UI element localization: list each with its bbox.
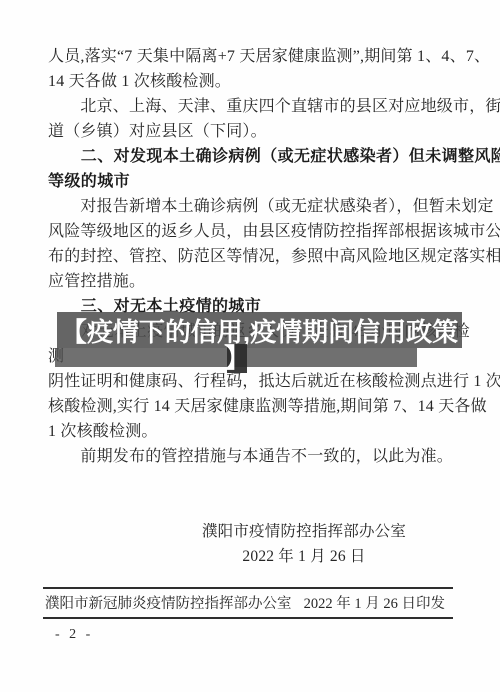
text-line: 对报告新增本土确诊病例（或无症状感染者），但暂未划定 <box>48 194 472 219</box>
footer-rule-top <box>43 587 453 589</box>
heading-line: 等级的城市 <box>48 169 472 194</box>
footer-rule-bottom <box>43 617 453 619</box>
watermark-caption-band: 【疫情下的信用,疫情期间信用政策 <box>57 312 462 348</box>
text-line: 阴性证明和健康码、行程码，抵达后就近在核酸检测点进行 1 次 <box>48 369 472 394</box>
text-line: 布的封控、管控、防范区等情况，参照中高风险地区规定落实相 <box>48 244 472 269</box>
watermark-caption-text: 【疫情下的信用,疫情期间信用政策 <box>61 312 458 349</box>
text-line: 应管控措施。 <box>48 269 472 294</box>
heading-line: 二、对发现本土确诊病例（或无症状感染者）但未调整风险 <box>48 144 472 169</box>
text-line: 14 天各做 1 次核酸检测。 <box>48 69 472 94</box>
signature-org: 濮阳市疫情防控指挥部办公室 <box>92 519 500 544</box>
text-line: 北京、上海、天津、重庆四个直辖市的县区对应地级市，街 <box>48 94 472 119</box>
text-line: 风险等级地区的返乡人员，由县区疫情防控指挥部根据该城市公 <box>48 219 472 244</box>
watermark-bracket-text: 】 <box>224 344 250 373</box>
imprint-print-date: 2022 年 1 月 26 日印发 <box>304 593 445 615</box>
page-number: - 2 - <box>55 627 93 643</box>
text-line: 1 次核酸检测。 <box>48 419 472 444</box>
signature-date: 2022 年 1 月 26 日 <box>92 544 500 569</box>
text-line: 核酸检测,实行 14 天居家健康监测等措施,期间第 7、14 天各做 <box>48 394 472 419</box>
text-line: 前期发布的管控措施与本通告不一致的，以此为准。 <box>48 444 472 469</box>
imprint-row: 濮阳市新冠肺炎疫情防控指挥部办公室 2022 年 1 月 26 日印发 <box>45 593 445 615</box>
imprint-issuer: 濮阳市新冠肺炎疫情防控指挥部办公室 <box>45 593 292 615</box>
watermark-bracket-block: 】 <box>227 344 247 373</box>
text-line: 人员,落实“7 天集中隔离+7 天居家健康监测”,期间第 1、4、7、 <box>48 44 472 69</box>
signature-block: 濮阳市疫情防控指挥部办公室2022 年 1 月 26 日 <box>92 519 500 569</box>
scanned-document-page: 人员,落实“7 天集中隔离+7 天居家健康监测”,期间第 1、4、7、14 天各… <box>0 0 500 692</box>
document-body: 人员,落实“7 天集中隔离+7 天居家健康监测”,期间第 1、4、7、14 天各… <box>48 44 472 569</box>
text-line: 道（乡镇）对应县区（下同）。 <box>48 119 472 144</box>
